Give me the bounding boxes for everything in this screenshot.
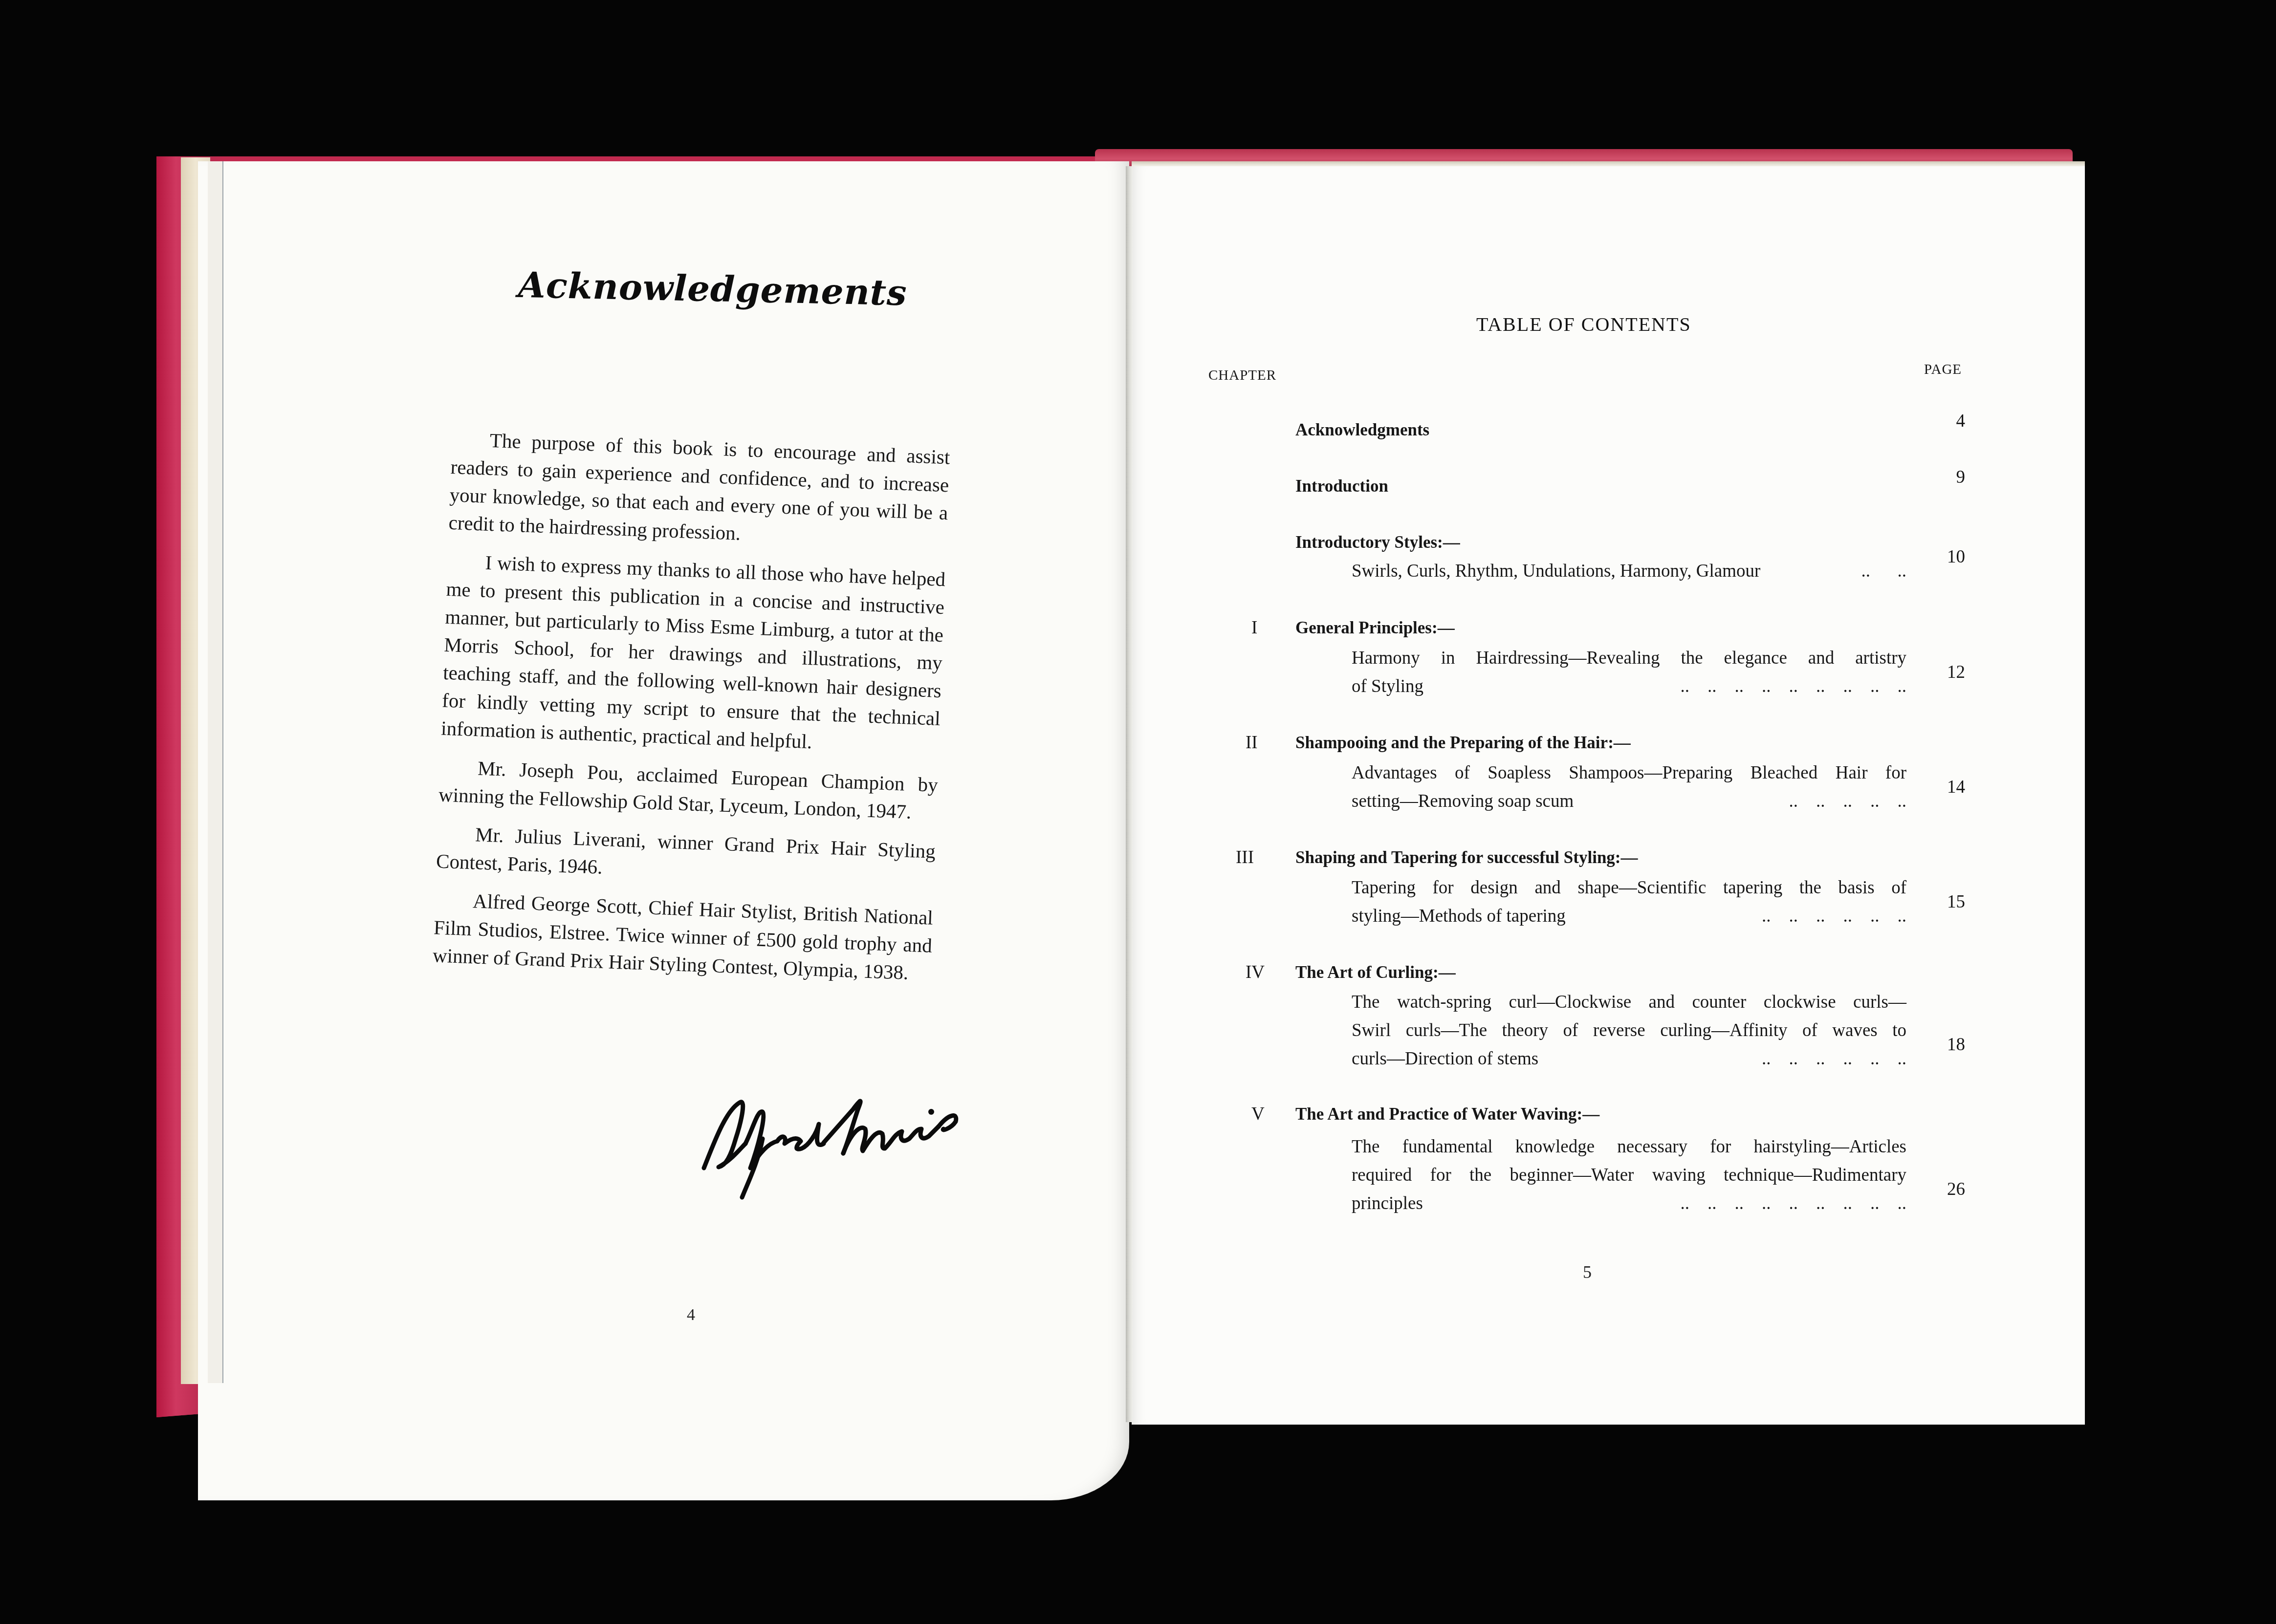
page-number-right: 5: [1583, 1262, 1592, 1282]
toc-description-line: Tapering for design and shape—Scientific…: [1352, 874, 1906, 902]
toc-dot-leaders: .. .. .. .. .. ..: [1762, 1045, 1906, 1073]
signature-alfred-morris: Alfred Morris: [684, 1056, 1027, 1202]
toc-description-line: The watch-spring curl—Clockwise and coun…: [1352, 988, 1906, 1017]
toc-column-page: PAGE: [1924, 362, 1962, 378]
toc-description-line: Harmony in Hairdressing—Revealing the el…: [1352, 644, 1906, 672]
toc-dot-leaders: .. .. .. .. ..: [1789, 787, 1907, 816]
toc-entry-heading[interactable]: General Principles:—: [1295, 618, 1455, 638]
page-edges-left: [208, 161, 223, 1383]
spine-gutter: [1126, 166, 1133, 1422]
ack-paragraph: Mr. Julius Liverani, winner Grand Prix H…: [436, 819, 936, 893]
toc-description-line: styling—Methods of tapering: [1352, 902, 1566, 931]
toc-description-line: Swirl curls—The theory of reverse curlin…: [1352, 1017, 1906, 1045]
toc-chapter-number: I: [1251, 617, 1257, 638]
toc-description-line: of Styling: [1352, 672, 1423, 701]
toc-chapter-number: V: [1251, 1104, 1265, 1125]
toc-entry-description: The fundamental knowledge necessary for …: [1352, 1133, 1906, 1218]
toc-dot-leaders: .. .. .. .. .. ..: [1762, 902, 1906, 931]
toc-description-line: required for the beginner—Water waving t…: [1352, 1161, 1906, 1190]
toc-page-number[interactable]: 18: [1936, 1034, 1965, 1055]
toc-description-line: curls—Direction of stems: [1352, 1045, 1538, 1073]
acknowledgements-title: Acknowledgements: [518, 264, 900, 313]
toc-description-line: The fundamental knowledge necessary for …: [1352, 1133, 1906, 1161]
toc-chapter-number: II: [1246, 732, 1258, 753]
toc-description-line: Swirls, Curls, Rhythm, Undulations, Harm…: [1352, 557, 1760, 585]
toc-entry-heading[interactable]: Shaping and Tapering for successful Styl…: [1295, 848, 1638, 867]
toc-entry-description: Tapering for design and shape—Scientific…: [1352, 874, 1906, 931]
toc-page-number[interactable]: 4: [1936, 411, 1965, 432]
toc-page-number[interactable]: 12: [1936, 662, 1965, 683]
toc-page-number[interactable]: 26: [1936, 1179, 1965, 1200]
toc-page-number[interactable]: 15: [1936, 891, 1965, 912]
toc-entry-heading[interactable]: The Art of Curling:—: [1295, 963, 1456, 982]
toc-dot-leaders: .. .. .. .. .. .. .. .. ..: [1681, 672, 1907, 701]
toc-entry-description: Advantages of Soapless Shampoos—Preparin…: [1352, 759, 1906, 816]
toc-page-number[interactable]: 10: [1936, 546, 1965, 567]
acknowledgements-body: The purpose of this book is to encourage…: [432, 425, 950, 998]
page-number-left: 4: [687, 1306, 695, 1324]
toc-description-line: setting—Removing soap scum: [1352, 787, 1574, 816]
toc-entry-heading[interactable]: Shampooing and the Preparing of the Hair…: [1295, 733, 1631, 753]
toc-entry-description: Harmony in Hairdressing—Revealing the el…: [1352, 644, 1906, 701]
toc-dot-leaders: .. ..: [1861, 557, 1907, 585]
ack-paragraph: Alfred George Scott, Chief Hair Stylist,…: [432, 886, 934, 987]
toc-chapter-number: IV: [1246, 962, 1265, 983]
toc-entry-heading[interactable]: Introduction: [1295, 476, 1388, 496]
toc-dot-leaders: .. .. .. .. .. .. .. .. ..: [1681, 1190, 1907, 1218]
ack-paragraph: I wish to express my thanks to all those…: [440, 547, 946, 760]
toc-entry-heading[interactable]: Introductory Styles:—: [1295, 533, 1460, 552]
toc-description-line: principles: [1352, 1190, 1423, 1218]
toc-title: TABLE OF CONTENTS: [1476, 313, 1691, 336]
toc-column-chapter: CHAPTER: [1208, 368, 1276, 384]
toc-chapter-number: III: [1236, 847, 1254, 868]
toc-entry-heading[interactable]: The Art and Practice of Water Waving:—: [1295, 1104, 1599, 1124]
toc-page-number[interactable]: 9: [1936, 467, 1965, 488]
ack-paragraph: Mr. Joseph Pou, acclaimed European Champ…: [438, 753, 938, 827]
toc-entry-description: Swirls, Curls, Rhythm, Undulations, Harm…: [1352, 557, 1906, 585]
toc-entry-description: The watch-spring curl—Clockwise and coun…: [1352, 988, 1906, 1073]
toc-description-line: Advantages of Soapless Shampoos—Preparin…: [1352, 759, 1906, 787]
toc-page-number[interactable]: 14: [1936, 777, 1965, 798]
ack-paragraph: The purpose of this book is to encourage…: [448, 425, 951, 555]
toc-entry-heading[interactable]: Acknowledgments: [1295, 420, 1429, 440]
